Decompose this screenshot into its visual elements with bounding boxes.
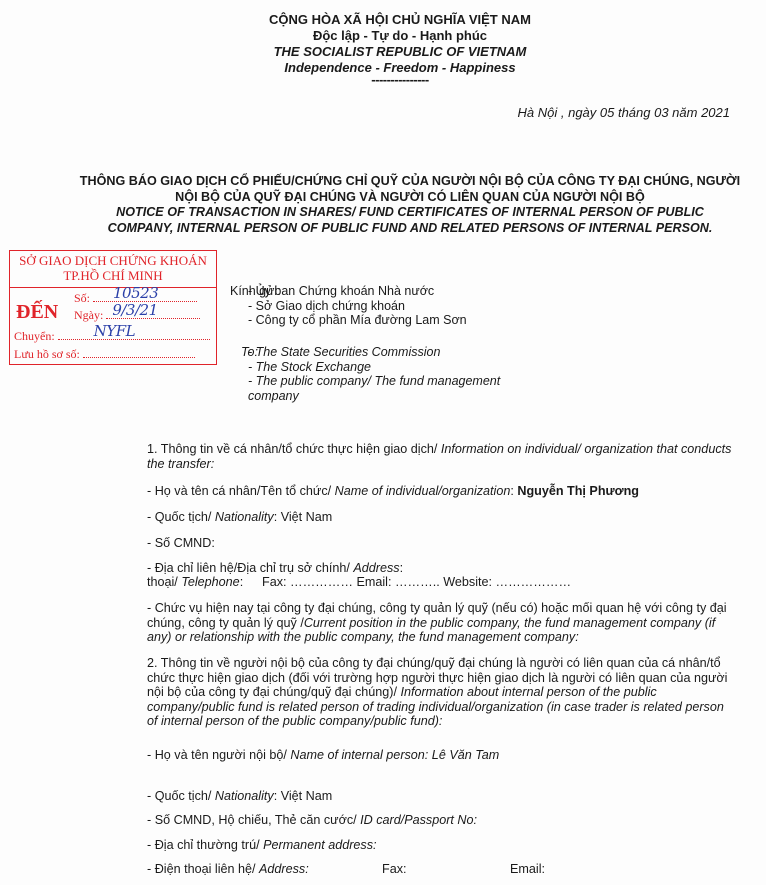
- stamp-org-line2: TP.HỒ CHÍ MINH: [10, 268, 216, 283]
- addressee-list-vn: - Ủy ban Chứng khoán Nhà nước - Sở Giao …: [248, 284, 467, 328]
- addressee-en-item: - The public company/ The fund managemen…: [248, 374, 548, 403]
- title-en: NOTICE OF TRANSACTION IN SHARES/ FUND CE…: [72, 205, 748, 236]
- section1-telephone-row: thoại/ Telephone: Fax: …………… Email: ……….…: [147, 575, 737, 590]
- stamp-so-value: 10523: [113, 284, 158, 302]
- section2-fax-label: Fax:: [382, 862, 407, 877]
- section2-name-row: - Họ và tên người nội bộ/ Name of intern…: [147, 748, 737, 763]
- section2-phone-row: - Điện thoại liên hệ/ Address: Fax: Emai…: [147, 862, 737, 877]
- date-line: Hà Nội , ngày 05 tháng 03 năm 2021: [518, 105, 730, 120]
- stamp-so-label: Số:: [74, 291, 90, 305]
- stamp-ngay-row: Ngày: 9/3/21: [74, 308, 200, 323]
- addressee-en-item: - The State Securities Commission: [248, 345, 548, 360]
- addressee-list-en: - The State Securities Commission - The …: [248, 345, 548, 403]
- header-country-en: THE SOCIALIST REPUBLIC OF VIETNAM: [180, 44, 620, 60]
- received-stamp: SỞ GIAO DỊCH CHỨNG KHOÁN TP.HỒ CHÍ MINH …: [9, 250, 217, 365]
- section1-position-row: - Chức vụ hiện nay tại công ty đại chúng…: [147, 601, 737, 645]
- section2-id-row: - Số CMND, Hộ chiếu, Thẻ căn cước/ ID ca…: [147, 813, 737, 828]
- addressee-vn-item: - Sở Giao dịch chứng khoán: [248, 299, 467, 314]
- nationality-value: Việt Nam: [281, 510, 333, 524]
- section2-permanent-address-row: - Địa chỉ thường trú/ Permanent address:: [147, 838, 737, 853]
- stamp-chuyen-label: Chuyển:: [14, 329, 55, 343]
- stamp-chuyen-value: NYFL: [94, 322, 135, 340]
- contact-fields: Fax: …………… Email: ……….. Website: ………………: [262, 575, 571, 590]
- section2-nationality-row: - Quốc tịch/ Nationality: Việt Nam: [147, 789, 737, 804]
- section1-nationality-row: - Quốc tịch/ Nationality: Việt Nam: [147, 510, 737, 525]
- person-name-value: Nguyễn Thị Phương: [517, 484, 639, 498]
- section1-address-row: - Địa chỉ liên hệ/Địa chỉ trụ sở chính/ …: [147, 561, 737, 576]
- section1-id-row: - Số CMND:: [147, 536, 737, 551]
- document-title: THÔNG BÁO GIAO DỊCH CỔ PHIẾU/CHỨNG CHỈ Q…: [72, 174, 748, 236]
- section2-email-label: Email:: [510, 862, 545, 877]
- header-country-vn: CỘNG HÒA XÃ HỘI CHỦ NGHĨA VIỆT NAM: [180, 12, 620, 28]
- stamp-org-line1: SỞ GIAO DỊCH CHỨNG KHOÁN: [10, 253, 216, 268]
- section2-heading: 2. Thông tin về người nội bộ của công ty…: [147, 656, 737, 729]
- title-vn: THÔNG BÁO GIAO DỊCH CỔ PHIẾU/CHỨNG CHỈ Q…: [72, 174, 748, 205]
- national-header: CỘNG HÒA XÃ HỘI CHỦ NGHĨA VIỆT NAM Độc l…: [180, 12, 620, 84]
- stamp-chuyen-row: Chuyển: NYFL: [14, 329, 210, 344]
- stamp-luu-label: Lưu hồ sơ số:: [14, 347, 80, 361]
- stamp-ngay-value: 9/3/21: [112, 301, 157, 319]
- section1-name-row: - Họ và tên cá nhân/Tên tổ chức/ Name of…: [147, 484, 737, 499]
- section1-heading: 1. Thông tin về cá nhân/tổ chức thực hiệ…: [147, 442, 737, 471]
- header-separator: ---------------: [180, 76, 620, 84]
- addressee-vn-item: - Công ty cổ phần Mía đường Lam Sơn: [248, 313, 467, 328]
- stamp-den-label: ĐẾN: [16, 301, 58, 324]
- addressee-en-item: - The Stock Exchange: [248, 360, 548, 375]
- stamp-luu-row: Lưu hồ sơ số:: [14, 347, 195, 362]
- header-motto-vn: Độc lập - Tự do - Hạnh phúc: [180, 28, 620, 44]
- stamp-ngay-label: Ngày:: [74, 308, 103, 322]
- internal-person-name: Name of internal person: Lê Văn Tam: [290, 748, 499, 762]
- addressee-vn-item: - Ủy ban Chứng khoán Nhà nước: [248, 284, 467, 299]
- stamp-header: SỞ GIAO DỊCH CHỨNG KHOÁN TP.HỒ CHÍ MINH: [10, 251, 216, 288]
